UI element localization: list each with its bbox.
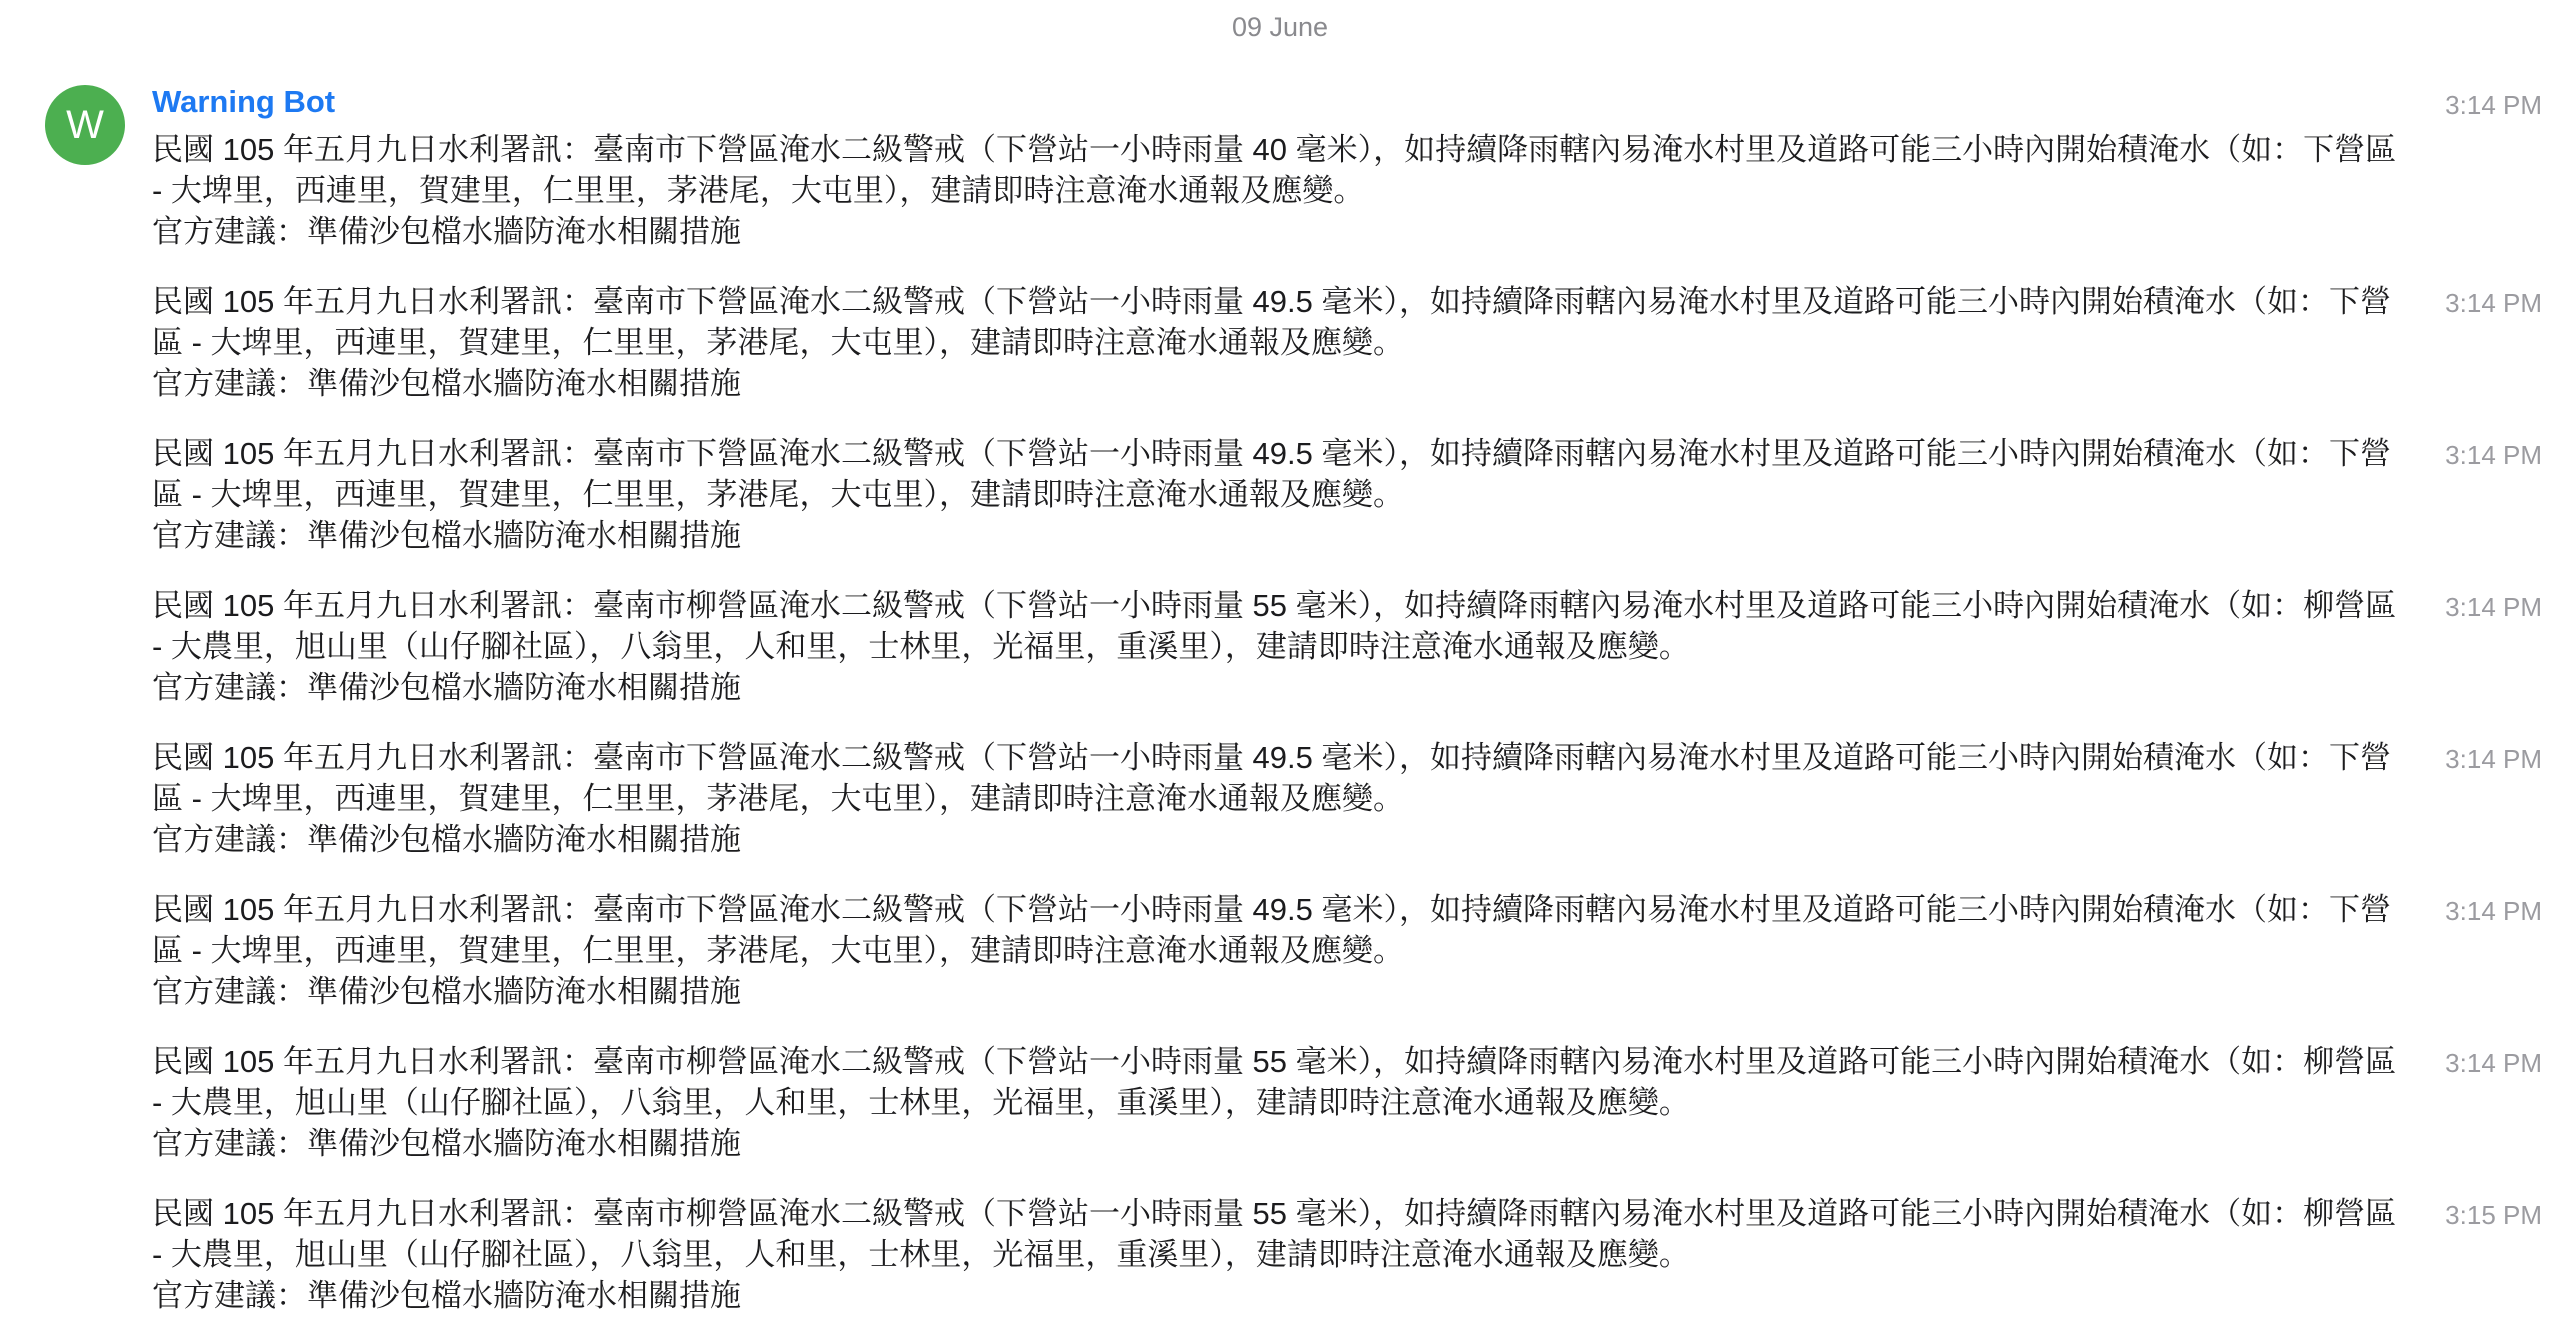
message-row[interactable]: 民國 105 年五月九日水利署訊：臺南市柳營區淹水二級警戒（下營站一小時雨量 5… [152,1193,2542,1316]
message-text: 民國 105 年五月九日水利署訊：臺南市下營區淹水二級警戒（下營站一小時雨量 4… [152,433,2404,515]
message-content: 民國 105 年五月九日水利署訊：臺南市下營區淹水二級警戒（下營站一小時雨量 4… [152,889,2404,1012]
timestamp: 3:14 PM [2404,889,2542,928]
timestamp: 3:14 PM [2404,1041,2542,1080]
timestamp: 3:14 PM [2404,737,2542,776]
message-text: 民國 105 年五月九日水利署訊：臺南市柳營區淹水二級警戒（下營站一小時雨量 5… [152,585,2404,667]
message-advice: 官方建議：準備沙包檔水牆防淹水相關措施 [152,363,2404,404]
message-text: 民國 105 年五月九日水利署訊：臺南市下營區淹水二級警戒（下營站一小時雨量 4… [152,129,2404,211]
message-advice: 官方建議：準備沙包檔水牆防淹水相關措施 [152,211,2404,252]
message-row[interactable]: 民國 105 年五月九日水利署訊：臺南市下營區淹水二級警戒（下營站一小時雨量 4… [152,281,2542,404]
message-list: W Warning Bot 民國 105 年五月九日水利署訊：臺南市下營區淹水二… [0,83,2560,1316]
date-divider: 09 June [0,0,2560,43]
avatar[interactable]: W [45,85,125,165]
message-text: 民國 105 年五月九日水利署訊：臺南市下營區淹水二級警戒（下營站一小時雨量 4… [152,889,2404,971]
message-advice: 官方建議：準備沙包檔水牆防淹水相關措施 [152,1123,2404,1164]
message-advice: 官方建議：準備沙包檔水牆防淹水相關措施 [152,667,2404,708]
message-advice: 官方建議：準備沙包檔水牆防淹水相關措施 [152,819,2404,860]
timestamp: 3:14 PM [2404,83,2542,122]
message-content: 民國 105 年五月九日水利署訊：臺南市下營區淹水二級警戒（下營站一小時雨量 4… [152,737,2404,860]
message-text: 民國 105 年五月九日水利署訊：臺南市柳營區淹水二級警戒（下營站一小時雨量 5… [152,1041,2404,1123]
message-row[interactable]: 民國 105 年五月九日水利署訊：臺南市下營區淹水二級警戒（下營站一小時雨量 4… [152,889,2542,1012]
message-content: 民國 105 年五月九日水利署訊：臺南市柳營區淹水二級警戒（下營站一小時雨量 5… [152,1193,2404,1316]
message-row[interactable]: 民國 105 年五月九日水利署訊：臺南市下營區淹水二級警戒（下營站一小時雨量 4… [152,433,2542,556]
message-content: 民國 105 年五月九日水利署訊：臺南市柳營區淹水二級警戒（下營站一小時雨量 5… [152,585,2404,708]
sender-name[interactable]: Warning Bot [152,83,2404,121]
message-row[interactable]: Warning Bot 民國 105 年五月九日水利署訊：臺南市下營區淹水二級警… [152,83,2542,252]
message-list-items: Warning Bot 民國 105 年五月九日水利署訊：臺南市下營區淹水二級警… [152,83,2542,1316]
message-content: 民國 105 年五月九日水利署訊：臺南市下營區淹水二級警戒（下營站一小時雨量 4… [152,281,2404,404]
message-text: 民國 105 年五月九日水利署訊：臺南市柳營區淹水二級警戒（下營站一小時雨量 5… [152,1193,2404,1275]
timestamp: 3:14 PM [2404,433,2542,472]
message-row[interactable]: 民國 105 年五月九日水利署訊：臺南市柳營區淹水二級警戒（下營站一小時雨量 5… [152,1041,2542,1164]
message-text: 民國 105 年五月九日水利署訊：臺南市下營區淹水二級警戒（下營站一小時雨量 4… [152,281,2404,363]
message-content: 民國 105 年五月九日水利署訊：臺南市柳營區淹水二級警戒（下營站一小時雨量 5… [152,1041,2404,1164]
message-row[interactable]: 民國 105 年五月九日水利署訊：臺南市柳營區淹水二級警戒（下營站一小時雨量 5… [152,585,2542,708]
message-advice: 官方建議：準備沙包檔水牆防淹水相關措施 [152,515,2404,556]
timestamp: 3:15 PM [2404,1193,2542,1232]
message-content: 民國 105 年五月九日水利署訊：臺南市下營區淹水二級警戒（下營站一小時雨量 4… [152,433,2404,556]
message-advice: 官方建議：準備沙包檔水牆防淹水相關措施 [152,971,2404,1012]
timestamp: 3:14 PM [2404,585,2542,624]
message-advice: 官方建議：準備沙包檔水牆防淹水相關措施 [152,1275,2404,1316]
message-content: Warning Bot 民國 105 年五月九日水利署訊：臺南市下營區淹水二級警… [152,83,2404,252]
message-text: 民國 105 年五月九日水利署訊：臺南市下營區淹水二級警戒（下營站一小時雨量 4… [152,737,2404,819]
timestamp: 3:14 PM [2404,281,2542,320]
message-row[interactable]: 民國 105 年五月九日水利署訊：臺南市下營區淹水二級警戒（下營站一小時雨量 4… [152,737,2542,860]
